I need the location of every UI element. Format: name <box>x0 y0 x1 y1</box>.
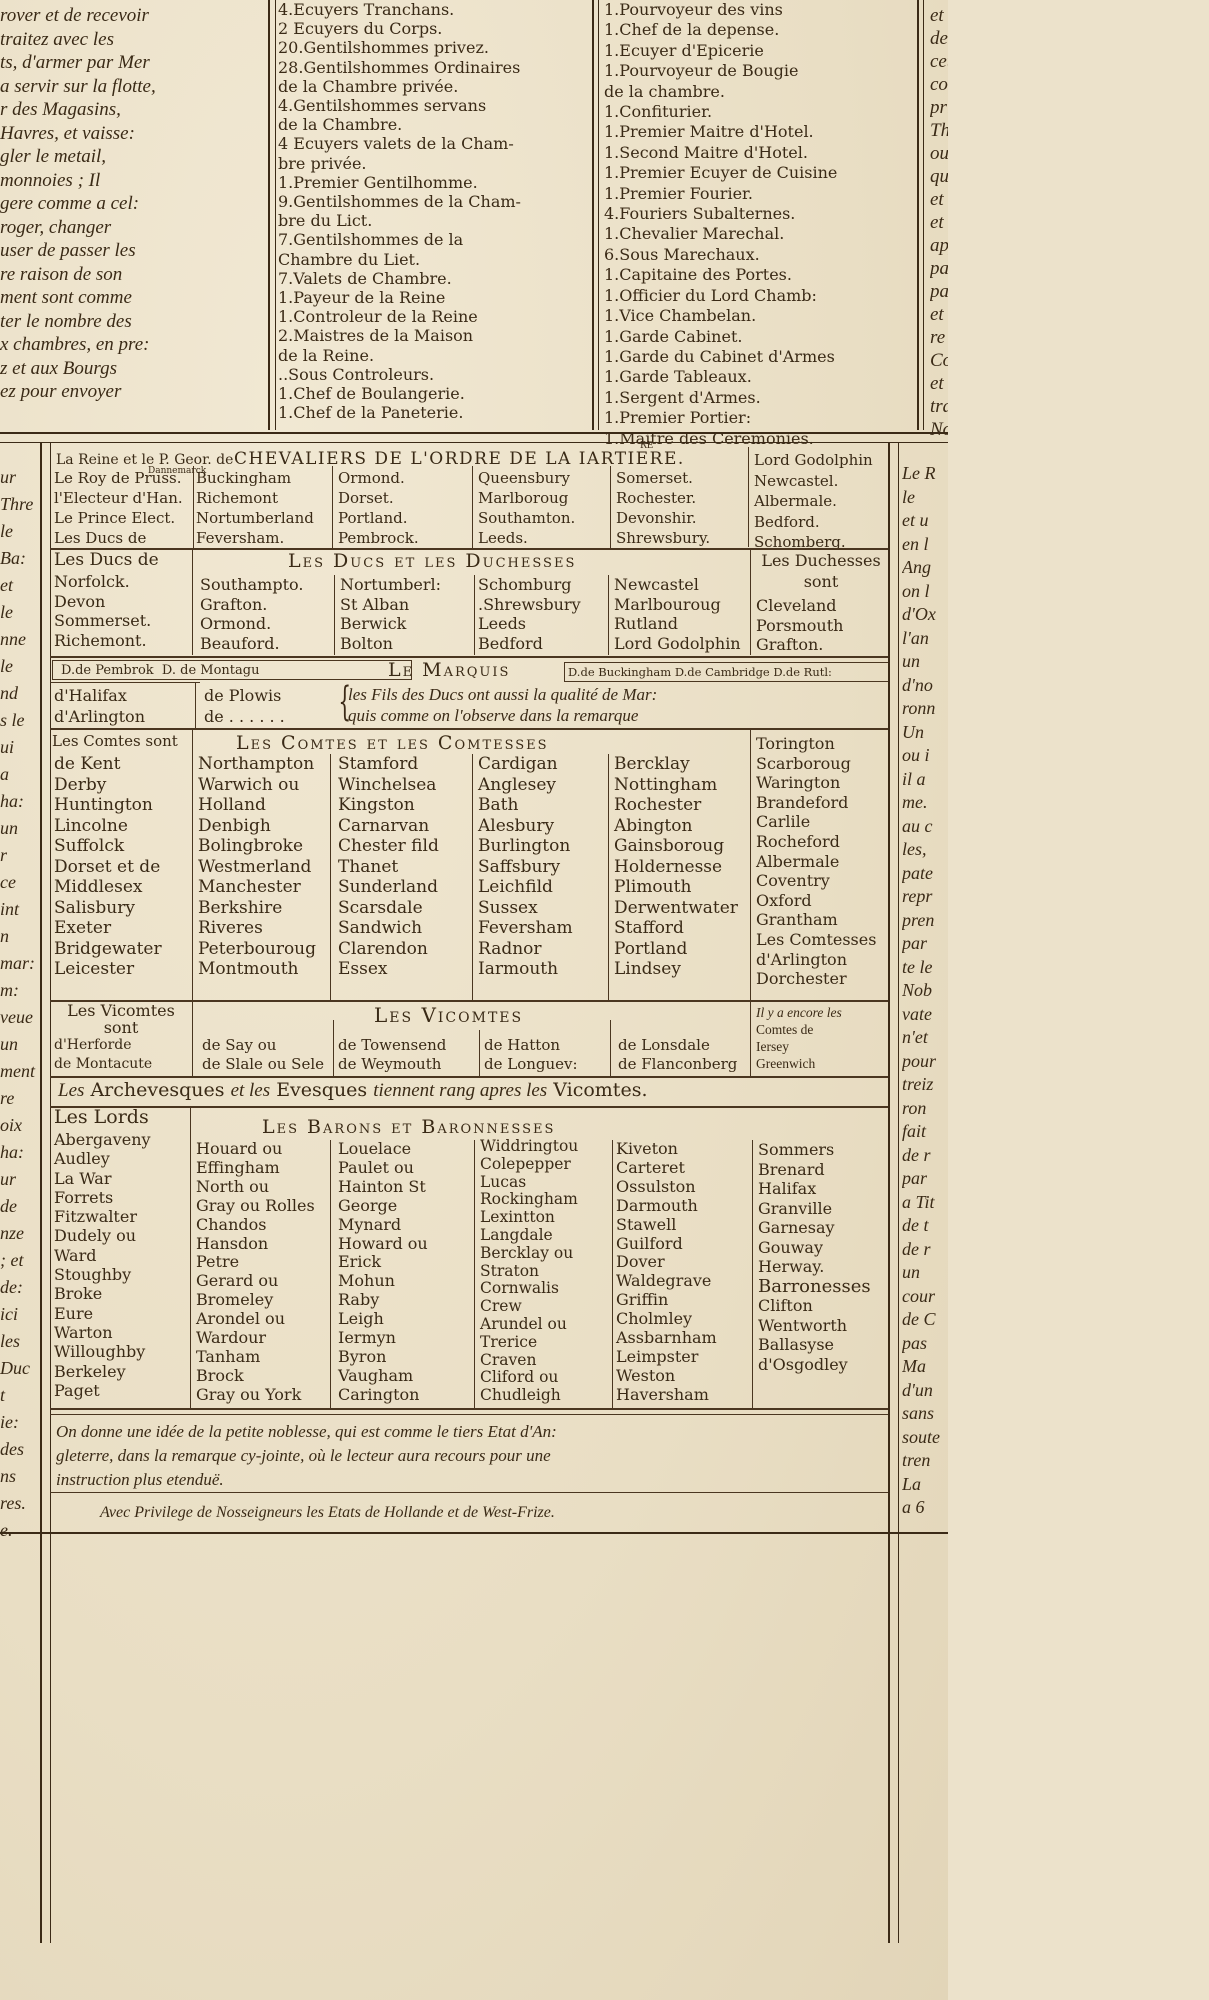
barons-column-2: Louelace Paulet ou Hainton St George Myn… <box>338 1140 428 1405</box>
viscount-note: Iersey <box>756 1038 842 1055</box>
margin-line: pren <box>902 909 948 933</box>
count-name: Dorset et de <box>54 857 162 878</box>
household-item: 1.Vice Chambelan. <box>604 306 904 326</box>
household-item: 6.Sous Marechaux. <box>604 245 904 265</box>
duke-name: Richemont. <box>54 631 151 651</box>
household-item: de la Chambre privée. <box>278 77 463 96</box>
margin-line: te le <box>902 956 948 980</box>
label-line: sont <box>52 1019 190 1036</box>
count-name: Salisbury <box>54 898 162 919</box>
count-name: Stamford <box>338 754 439 775</box>
margin-line: res. <box>0 1490 38 1517</box>
count-name: Thanet <box>338 857 439 878</box>
margin-line: a 6 <box>902 1496 948 1520</box>
bishops-bottom-rule <box>50 1106 888 1108</box>
count-name: Winchelsea <box>338 775 439 796</box>
baron-name: Lucas <box>480 1174 578 1192</box>
script-line: prit, dont il peut dis <box>930 96 948 119</box>
viscounts-col-divider <box>479 1030 480 1076</box>
duke-name: Southampto. <box>200 575 303 595</box>
count-name: Peterbouroug <box>198 939 316 960</box>
baron-name: Straton <box>480 1263 578 1281</box>
baron-name: Arondel ou <box>196 1310 315 1329</box>
right-margin-script: Le R le et u en l Ang on l d'Ox l'an un … <box>902 462 948 1520</box>
marquis-mid-rule <box>50 682 200 683</box>
margin-line: ha: <box>0 1139 38 1166</box>
baron-name: Louelace <box>338 1140 428 1159</box>
counts-column-4: Bercklay Nottingham Rochester Abington G… <box>614 754 738 980</box>
garter-name: Buckingham <box>196 468 314 488</box>
left-script-text: rover et de recevoir traitez avec les ts… <box>0 4 212 404</box>
barons-column-0: Abergaveny Audley La War Forrets Fitzwal… <box>54 1130 151 1400</box>
margin-line: par <box>902 1167 948 1191</box>
count-name: Rochester <box>614 795 738 816</box>
count-name: Manchester <box>198 877 316 898</box>
household-item: 1.Chef de la Paneterie. <box>278 403 463 422</box>
baron-name: Gouway <box>758 1238 871 1258</box>
garter-name: Pembrock. <box>338 528 419 548</box>
script-line: monnoies ; Il <box>0 169 212 193</box>
household-item: 1.Capitaine des Portes. <box>604 265 904 285</box>
baroness-name: Wentworth <box>758 1316 871 1336</box>
baron-name: Petre <box>196 1253 315 1272</box>
table-right-border <box>888 443 890 1943</box>
baroness-name: Ballasyse <box>758 1335 871 1355</box>
margin-line: il a <box>902 768 948 792</box>
script-line: gler le metail, <box>0 145 212 169</box>
bishops-line: Les Archevesques et les Evesques tiennen… <box>58 1076 647 1105</box>
margin-line: ui <box>0 734 38 761</box>
household-item: bre du Lict. <box>278 211 463 230</box>
garter-name: Nortumberland <box>196 508 314 528</box>
garter-column-5: Lord Godolphin Newcastel. Albermale. Bed… <box>754 450 873 553</box>
duke-name: Nortumberl: <box>340 575 441 595</box>
household-item: 1.Confiturier. <box>604 102 904 122</box>
household-item: 1.Controleur de la Reine <box>278 307 463 326</box>
baron-name: Cornwalis <box>480 1280 578 1298</box>
dukes-title: Les Ducs et les Duchesses <box>288 550 576 572</box>
counts-col-divider <box>608 754 609 1000</box>
garter-name: l'Electeur d'Han. <box>54 488 183 508</box>
marquis-name: de Plowis <box>204 685 285 706</box>
baron-name: Brock <box>196 1367 315 1386</box>
script-line: Havres, et vaisse: <box>0 122 212 146</box>
margin-line: le <box>902 486 948 510</box>
count-name: Middlesex <box>54 877 162 898</box>
script-line: appartiennent aussi <box>930 234 948 257</box>
margin-line: d'un <box>902 1379 948 1403</box>
marquis-note: les Fils des Ducs ont aussi la qualité d… <box>348 684 657 726</box>
margin-line: ce <box>0 869 38 896</box>
count-name: Carnarvan <box>338 816 439 837</box>
count-name: Westmerland <box>198 857 316 878</box>
script-line: contre eux. Il a la gar <box>930 73 948 96</box>
viscounts-column-0: d'Herforde de Montacute <box>54 1036 152 1074</box>
duke-name: Grafton. <box>200 595 303 615</box>
baron-name: North ou <box>196 1178 315 1197</box>
count-name: Gainsboroug <box>614 836 738 857</box>
count-name: Abington <box>614 816 738 837</box>
margin-line: e. <box>0 1517 38 1544</box>
marquis-column-0: d'Halifax d'Arlington <box>54 685 145 727</box>
count-name: d'Arlington <box>756 950 876 970</box>
garter-name: Le Roy de Pruss. <box>54 468 183 488</box>
count-name: Bridgewater <box>54 939 162 960</box>
household-item: 1.Garde Tableaux. <box>604 367 904 387</box>
baron-name: Carteret <box>616 1159 717 1178</box>
script-line: Nouveaux Eveschez <box>930 418 948 441</box>
counts-col-divider <box>330 754 331 1000</box>
count-name: Iarmouth <box>478 959 573 980</box>
baron-name: Forrets <box>54 1188 151 1207</box>
margin-line: re <box>0 1085 38 1112</box>
baron-name: Kiveton <box>616 1140 717 1159</box>
duke-name: Newcastel <box>614 575 741 595</box>
script-line: roger, changer <box>0 216 212 240</box>
margin-line: de r <box>902 1144 948 1168</box>
baron-name: Leigh <box>338 1310 428 1329</box>
baron-name: Willoughby <box>54 1342 151 1361</box>
garter-name: Southamton. <box>478 508 575 528</box>
script-line: user de passer les <box>0 239 212 263</box>
script-line: rover et de recevoir <box>0 4 212 28</box>
count-name: Sandwich <box>338 918 439 939</box>
baron-name: Gray ou York <box>196 1386 315 1405</box>
viscount-note: Il y a encore les <box>756 1004 842 1021</box>
viscounts-col-divider <box>610 1020 611 1076</box>
count-name: Sunderland <box>338 877 439 898</box>
baron-name: Sommers <box>758 1140 871 1160</box>
household-item: 4 Ecuyers valets de la Cham- <box>278 134 463 153</box>
left-margin-script: ur Thre le Ba: et le nne le nd s le ui a… <box>0 464 38 1544</box>
garter-name: Lord Godolphin <box>754 450 873 471</box>
duke-name: Beauford. <box>200 634 303 654</box>
script-line: ceux qui sont a son se <box>930 50 948 73</box>
household-item: 1.Garde Cabinet. <box>604 327 904 347</box>
viscount-name: de Longuev: <box>484 1055 578 1074</box>
viscount-note: Greenwich <box>756 1055 842 1072</box>
count-name: Huntington <box>54 795 162 816</box>
count-name: Suffolck <box>54 836 162 857</box>
count-name: Sussex <box>478 898 573 919</box>
margin-line: un <box>902 1261 948 1285</box>
baron-name: Widdringtou <box>480 1138 578 1156</box>
household-item: 4.Ecuyers Tranchans. <box>278 0 463 19</box>
table-left-border-inner <box>50 443 51 1943</box>
top-divider-1 <box>268 0 270 430</box>
margin-line: en l <box>902 533 948 557</box>
household-item: 1.Chef de la depense. <box>604 20 904 40</box>
right-script-text: et qui nomme tous les des Universitez, V… <box>930 4 948 441</box>
barons-column-1: Houard ou Effingham North ou Gray ou Rol… <box>196 1140 315 1405</box>
count-name: Scarboroug <box>756 754 876 774</box>
household-item: 7.Gentilshommes de la <box>278 230 463 249</box>
margin-line: ha: <box>0 788 38 815</box>
margin-line: et <box>0 572 38 599</box>
barons-col-divider <box>612 1140 613 1408</box>
script-line: a servir sur la flotte, <box>0 75 212 99</box>
baron-name: Raby <box>338 1291 428 1310</box>
baron-name: Hansdon <box>196 1235 315 1254</box>
baron-name: Weston <box>616 1367 717 1386</box>
count-name: Portland <box>614 939 738 960</box>
table-bottom-border <box>0 1532 948 1534</box>
counts-left-label: Les Comtes sont <box>52 732 178 750</box>
margin-line: ur <box>0 464 38 491</box>
margin-line: d'Ox <box>902 603 948 627</box>
count-name: Anglesey <box>478 775 573 796</box>
count-name: Nottingham <box>614 775 738 796</box>
garter-col-divider <box>472 466 473 548</box>
duchess-name: Porsmouth <box>756 616 843 636</box>
script-line: z et aux Bourgs <box>0 357 212 381</box>
count-name: Leichfild <box>478 877 573 898</box>
marquis-right-box: D.de Buckingham D.de Cambridge D.de Rutl… <box>564 662 888 682</box>
count-name: Cardigan <box>478 754 573 775</box>
household-item: 1.Officier du Lord Chamb: <box>604 286 904 306</box>
count-name: Montmouth <box>198 959 316 980</box>
margin-line: repr <box>902 885 948 909</box>
margin-line: les, <box>902 838 948 862</box>
count-name: Leicester <box>54 959 162 980</box>
count-name: Albermale <box>756 852 876 872</box>
household-column-1: 4.Ecuyers Tranchans. 2 Ecuyers du Corps.… <box>278 0 463 422</box>
baron-name: Warton <box>54 1323 151 1342</box>
viscounts-col-divider <box>192 1002 193 1076</box>
duke-name: Berwick <box>340 614 441 634</box>
script-line: et qui nomme tous les <box>930 4 948 27</box>
viscounts-column-2: de Towensend de Weymouth <box>338 1036 446 1074</box>
margin-line: Duc <box>0 1355 38 1382</box>
duke-name: Bolton <box>340 634 441 654</box>
duke-name: Devon <box>54 592 151 612</box>
barons-col-divider <box>330 1140 331 1408</box>
marquis-left-box: D.de Pembrok D. de Montagu <box>52 660 412 680</box>
baron-name: Cliford ou <box>480 1369 578 1387</box>
marquis-col-divider <box>195 682 196 728</box>
margin-line: un <box>902 650 948 674</box>
margin-line: mar: <box>0 950 38 977</box>
barons-col-divider <box>474 1140 475 1408</box>
household-item: de la Chambre. <box>278 115 463 134</box>
count-name: Brandeford <box>756 793 876 813</box>
script-line: patron de tous les Eve <box>930 280 948 303</box>
count-name: Grantham <box>756 910 876 930</box>
duke-name: Leeds <box>478 614 581 634</box>
duchess-name: Grafton. <box>756 635 843 655</box>
baronesses-label: Barronesses <box>758 1277 871 1297</box>
margin-line: a <box>0 761 38 788</box>
baron-name: Herway. <box>758 1257 871 1277</box>
margin-line: Ma <box>902 1355 948 1379</box>
margin-line: le <box>0 599 38 626</box>
marquis-column-1: de Plowis de . . . . . . <box>204 685 285 727</box>
dukes-col-divider <box>334 575 335 655</box>
duchesses-label: Les Duchesses sont <box>756 550 886 592</box>
count-name: Riveres <box>198 918 316 939</box>
margin-line: le <box>0 518 38 545</box>
margin-line: ron <box>902 1097 948 1121</box>
baron-name: Arundel ou <box>480 1316 578 1334</box>
garter-name: Somerset. <box>616 468 710 488</box>
baron-name: Haversham <box>616 1386 717 1405</box>
baron-name: Hainton St <box>338 1178 428 1197</box>
margin-line: ici <box>0 1301 38 1328</box>
barons-col-divider <box>752 1140 753 1408</box>
dukes-col-divider <box>750 550 751 655</box>
baron-name: Colepepper <box>480 1156 578 1174</box>
household-item: 1.Chef de Boulangerie. <box>278 384 463 403</box>
household-item: 2.Maistres de la Maison <box>278 326 463 345</box>
count-name: de Kent <box>54 754 162 775</box>
margin-line: veue <box>0 1004 38 1031</box>
counts-column-5: Torington Scarboroug Warington Brandefor… <box>756 734 876 989</box>
barons-title: Les Barons et Baronnesses <box>262 1116 555 1138</box>
counts-title: Les Comtes et les Comtesses <box>236 732 549 754</box>
garter-name: Albermale. <box>754 491 873 512</box>
margin-line: ; et <box>0 1247 38 1274</box>
barons-column-5: Sommers Brenard Halifax Granville Garnes… <box>758 1140 871 1374</box>
viscount-name: de Hatton <box>484 1036 578 1055</box>
household-item: 1.Pourvoyeur des vins <box>604 0 904 20</box>
margin-line: soute <box>902 1426 948 1450</box>
barons-column-4: Kiveton Carteret Ossulston Darmouth Staw… <box>616 1140 717 1405</box>
baron-name: Wardour <box>196 1329 315 1348</box>
garter-name: Shrewsbury. <box>616 528 710 548</box>
duke-name: Bedford <box>478 634 581 654</box>
dukes-column-0: Norfolck. Devon Sommerset. Richemont. <box>54 572 151 650</box>
duke-name: St Alban <box>340 595 441 615</box>
count-name: Feversham <box>478 918 573 939</box>
margin-line: fait <box>902 1120 948 1144</box>
household-item: 4.Fouriers Subalternes. <box>604 204 904 224</box>
script-line: ter le nombre des <box>0 310 212 334</box>
viscount-name: de Weymouth <box>338 1055 446 1074</box>
garter-name: Newcastel. <box>754 471 873 492</box>
baron-name: Howard ou <box>338 1235 428 1254</box>
count-name: Burlington <box>478 836 573 857</box>
viscounts-col-divider <box>333 1020 334 1076</box>
margin-line: de r <box>902 1238 948 1262</box>
garter-column-0: Le Roy de Pruss. l'Electeur d'Han. Le Pr… <box>54 468 183 548</box>
baron-name: Rockingham <box>480 1191 578 1209</box>
baron-name: Trerice <box>480 1334 578 1352</box>
count-name: Torington <box>756 734 876 754</box>
count-name: Saffsbury <box>478 857 573 878</box>
top-divider-3b <box>923 0 924 430</box>
script-line: que les biens des etra <box>930 165 948 188</box>
household-item: 28.Gentilshommes Ordinaires <box>278 58 463 77</box>
duke-name: .Shrewsbury <box>478 595 581 615</box>
garter-column-1: Buckingham Richemont Nortumberland Fever… <box>196 468 314 548</box>
baron-name: Stawell <box>616 1216 717 1235</box>
margin-line: un <box>0 815 38 842</box>
script-line: Thresors trouvez, Or, <box>930 119 948 142</box>
count-name: Dorchester <box>756 969 876 989</box>
margin-line: pour <box>902 1050 948 1074</box>
baron-name: Houard ou <box>196 1140 315 1159</box>
section-separator-2 <box>0 442 948 443</box>
count-name: Exeter <box>54 918 162 939</box>
baron-name: Paget <box>54 1381 151 1400</box>
household-item: bre privée. <box>278 154 463 173</box>
baron-name: La War <box>54 1169 151 1188</box>
baron-name: Gray ou Rolles <box>196 1197 315 1216</box>
duke-name: Norfolck. <box>54 572 151 592</box>
garter-title: CHEVALIERS DE L'ORDRE DE LA IARTIERE. <box>234 449 685 469</box>
household-item: ..Sous Controleurs. <box>278 365 463 384</box>
dukes-col-divider <box>608 575 609 655</box>
barons-left-label: Les Lords <box>54 1106 149 1128</box>
line-fragment: Archevesques <box>90 1079 224 1101</box>
script-line: et ne peut prendre pe <box>930 303 948 326</box>
margin-line: un <box>0 1031 38 1058</box>
garter-name: Rochester. <box>616 488 710 508</box>
baron-name: Carington <box>338 1386 428 1405</box>
viscount-name: de Lonsdale <box>618 1036 737 1055</box>
count-name: Kingston <box>338 795 439 816</box>
margin-line: int <box>0 896 38 923</box>
viscount-name: de Say ou <box>202 1036 324 1055</box>
garter-name: Portland. <box>338 508 419 528</box>
margin-line: de: <box>0 1274 38 1301</box>
margin-line: au c <box>902 815 948 839</box>
garter-name: Queensbury <box>478 468 575 488</box>
viscounts-col-divider <box>750 1002 751 1076</box>
margin-line: t <box>0 1382 38 1409</box>
baron-name: Bercklay ou <box>480 1245 578 1263</box>
baron-name: Craven <box>480 1352 578 1370</box>
baron-name: Leimpster <box>616 1348 717 1367</box>
margin-line: La <box>902 1473 948 1497</box>
count-name: Rocheford <box>756 832 876 852</box>
baron-name: Darmouth <box>616 1197 717 1216</box>
viscounts-title: Les Vicomtes <box>374 1003 523 1027</box>
baron-name: George <box>338 1197 428 1216</box>
baroness-name: d'Osgodley <box>758 1355 871 1375</box>
baron-name: Chudleigh <box>480 1387 578 1405</box>
margin-line: de <box>0 1193 38 1220</box>
table-right-border-outer <box>898 443 899 1943</box>
count-name: Bolingbroke <box>198 836 316 857</box>
baron-name: Granville <box>758 1199 871 1219</box>
count-name: Holdernesse <box>614 857 738 878</box>
margin-line: l'an <box>902 627 948 651</box>
margin-line: treiz <box>902 1073 948 1097</box>
baron-name: Waldegrave <box>616 1272 717 1291</box>
baron-name: Gerard ou <box>196 1272 315 1291</box>
line-fragment: et les <box>231 1080 271 1101</box>
count-name: Plimouth <box>614 877 738 898</box>
script-line: x chambres, en pre: <box>0 333 212 357</box>
footer-note: On donne une idée de la petite noblesse,… <box>56 1420 557 1492</box>
counts-column-2: Stamford Winchelsea Kingston Carnarvan C… <box>338 754 439 980</box>
margin-line: Nob <box>902 979 948 1003</box>
script-line: Concile National, de <box>930 349 948 372</box>
garter-title-superscript: RE <box>640 441 653 451</box>
script-line: ez pour envoyer <box>0 380 212 404</box>
top-divider-2b <box>598 0 599 430</box>
baron-name: Stoughby <box>54 1265 151 1284</box>
baron-name: Paulet ou <box>338 1159 428 1178</box>
baron-name: Iermyn <box>338 1329 428 1348</box>
margin-line: r <box>0 842 38 869</box>
baron-name: Langdale <box>480 1227 578 1245</box>
script-line: pas moins grand dar <box>930 257 948 280</box>
garter-col-divider <box>193 466 194 548</box>
count-name: Oxford <box>756 891 876 911</box>
margin-line: ronn <box>902 697 948 721</box>
